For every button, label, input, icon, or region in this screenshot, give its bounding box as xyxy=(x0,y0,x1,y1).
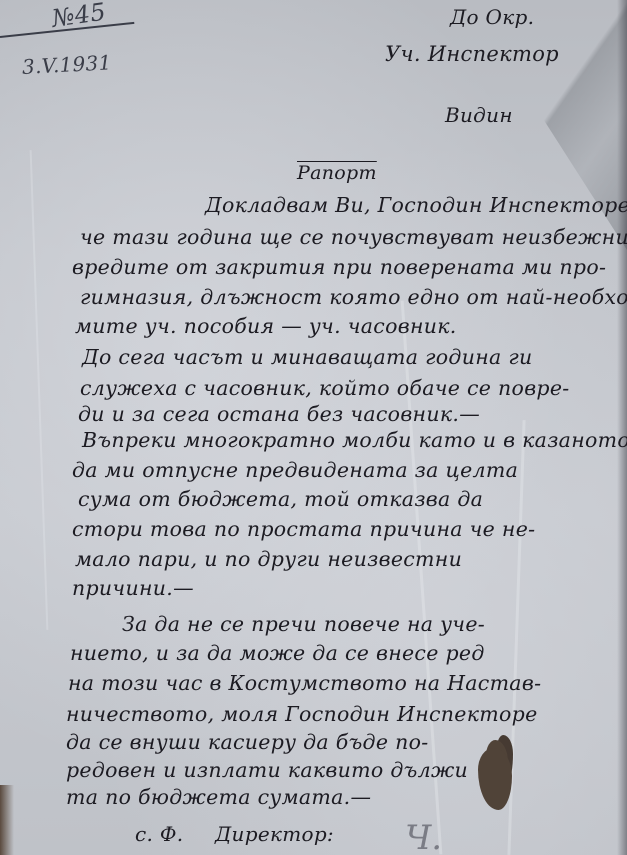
body-line: гимназия, длъжност която едно от най-нео… xyxy=(80,285,627,309)
document-title: Рапорт xyxy=(297,162,377,184)
reference-date: 3.V.1931 xyxy=(21,50,112,79)
body-line: мало пари, и по други неизвестни xyxy=(75,547,462,571)
body-line: нието, и за да може да се внесе ред xyxy=(70,641,485,665)
body-line: мите уч. пособия — уч. часовник. xyxy=(75,314,457,338)
body-line: да ми отпусне предвидената за целта xyxy=(72,458,518,482)
addressee-city: Видин xyxy=(445,103,513,127)
body-line: Докладвам Ви, Господин Инспекторе, xyxy=(205,193,627,217)
signature-role: Директор: xyxy=(215,822,334,846)
signature-mark: Ч. xyxy=(405,818,442,855)
body-line: За да не се пречи повече на уче- xyxy=(122,612,485,636)
body-line: да се внуши касиеру да бъде по- xyxy=(66,730,428,754)
paper-crease xyxy=(30,150,49,630)
page-edge-shadow xyxy=(0,785,14,855)
body-line: вредите от закрития при поверената ми пр… xyxy=(72,255,606,279)
body-line: причини.— xyxy=(72,576,194,600)
body-line: сума от бюджета, той отказва да xyxy=(78,487,483,511)
body-line: До сега часът и минаващата година ги xyxy=(82,345,533,369)
body-line: стори това по простата причина че не- xyxy=(72,517,535,541)
document-page: №45 3.V.1931 До Окр. Уч. Инспектор Видин… xyxy=(0,0,627,855)
body-line: та по бюджета сумата.— xyxy=(66,785,371,809)
body-line: че тази година ще се почувствуват неизбе… xyxy=(80,225,627,249)
body-line: ничеството, моля Господин Инспекторе xyxy=(66,702,538,726)
addressee-line: Уч. Инспектор xyxy=(385,42,559,66)
paper-stain xyxy=(478,748,512,810)
signature-prefix: с. Ф. xyxy=(135,822,183,846)
body-line: на този час в Костумството на Настав- xyxy=(68,671,541,695)
body-line: ди и за сега остана без часовник.— xyxy=(78,402,480,426)
body-line: Въпреки многократно молби като и в казан… xyxy=(82,428,627,452)
addressee-line: До Окр. xyxy=(450,5,534,29)
body-line: редовен и изплати каквито дължи xyxy=(66,758,468,782)
body-line: служеха с часовник, който обаче се повре… xyxy=(80,376,570,400)
